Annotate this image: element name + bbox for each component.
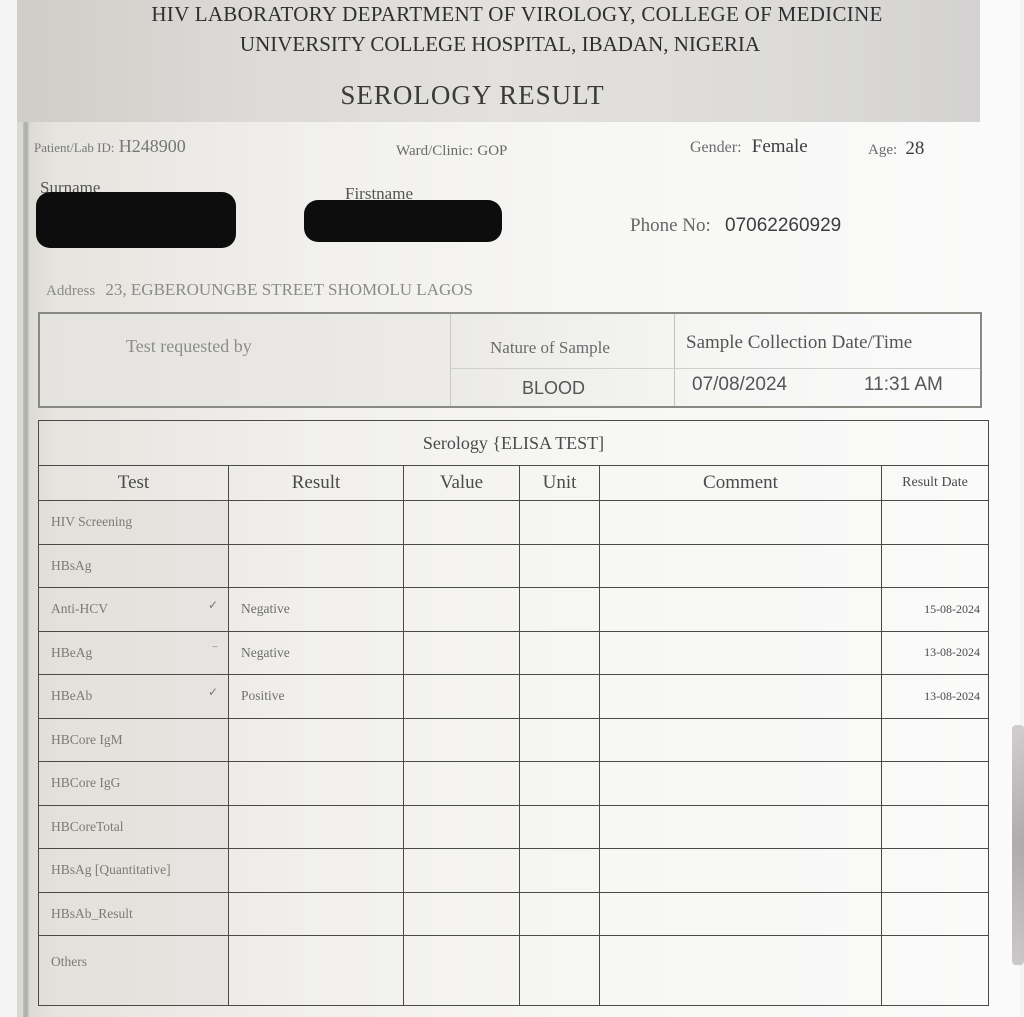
table-header-row: TestResultValueUnitCommentResult Date xyxy=(39,466,989,501)
cell-result: Positive xyxy=(229,675,404,719)
collection-datetime-label: Sample Collection Date/Time xyxy=(686,332,912,354)
test-text: HBeAb xyxy=(51,688,92,703)
check-mark-icon: ⁻ xyxy=(212,642,218,657)
cell-value xyxy=(404,936,520,1006)
cell-result xyxy=(229,892,404,936)
collection-date-value: 07/08/2024 xyxy=(692,374,787,396)
table-row: HBsAg xyxy=(39,544,989,588)
gender-label: Gender: xyxy=(690,139,742,156)
serology-results-table: Serology {ELISA TEST] TestResultValueUni… xyxy=(38,420,989,1006)
table-row: Others xyxy=(39,936,989,1006)
cell-unit xyxy=(520,544,600,588)
cell-unit xyxy=(520,762,600,806)
cell-result xyxy=(229,849,404,893)
test-text: HBsAg [Quantitative] xyxy=(51,862,171,877)
cell-unit xyxy=(520,631,600,675)
lab-id-field: Patient/Lab ID: H248900 xyxy=(34,136,186,157)
result-text: Negative xyxy=(241,601,290,616)
cell-result xyxy=(229,718,404,762)
redacted-firstname xyxy=(304,200,502,242)
sample-divider xyxy=(674,314,675,406)
cell-test: HBsAg xyxy=(39,544,229,588)
page-title: SEROLOGY RESULT xyxy=(0,80,945,111)
cell-result: Negative xyxy=(229,631,404,675)
cell-unit xyxy=(520,718,600,762)
hospital-heading: UNIVERSITY COLLEGE HOSPITAL, IBADAN, NIG… xyxy=(0,32,1000,57)
cell-unit xyxy=(520,501,600,545)
result-date-text: 13-08-2024 xyxy=(924,689,980,703)
cell-result xyxy=(229,544,404,588)
check-mark-icon: ✓ xyxy=(208,685,218,700)
ward-label: Ward/Clinic: xyxy=(396,143,473,159)
table-row: HBeAb✓Positive13-08-2024 xyxy=(39,675,989,719)
cell-value xyxy=(404,892,520,936)
result-text: Negative xyxy=(241,645,290,660)
cell-unit xyxy=(520,675,600,719)
table-row: HBCore IgM xyxy=(39,718,989,762)
cell-value xyxy=(404,805,520,849)
cell-comment xyxy=(600,762,882,806)
collection-time-value: 11:31 AM xyxy=(864,374,943,396)
cell-result-date xyxy=(882,762,989,806)
cell-unit xyxy=(520,892,600,936)
column-header-result-date: Result Date xyxy=(882,466,989,501)
sample-divider xyxy=(450,314,451,406)
gender-value: Female xyxy=(752,136,808,157)
table-row: HBsAb_Result xyxy=(39,892,989,936)
test-text: HBCoreTotal xyxy=(51,819,124,834)
cell-comment xyxy=(600,849,882,893)
test-text: HBsAb_Result xyxy=(51,906,133,921)
test-text: Others xyxy=(51,954,228,970)
result-date-text: 13-08-2024 xyxy=(924,645,980,659)
test-text: HBeAg xyxy=(51,645,92,660)
redacted-surname xyxy=(36,192,236,248)
cell-test: HBsAg [Quantitative] xyxy=(39,849,229,893)
cell-value xyxy=(404,849,520,893)
lab-id-value: H248900 xyxy=(119,136,186,156)
cell-test: HBCoreTotal xyxy=(39,805,229,849)
cell-comment xyxy=(600,588,882,632)
phone-label: Phone No: xyxy=(630,215,711,236)
cell-value xyxy=(404,718,520,762)
cell-unit xyxy=(520,588,600,632)
cell-value xyxy=(404,501,520,545)
phone-field: Phone No: 07062260929 xyxy=(630,215,841,237)
result-date-text: 15-08-2024 xyxy=(924,602,980,616)
cell-result-date xyxy=(882,718,989,762)
column-header-value: Value xyxy=(404,466,520,501)
cell-result-date: 13-08-2024 xyxy=(882,631,989,675)
address-value: 23, EGBEROUNGBE STREET SHOMOLU LAGOS xyxy=(105,280,473,299)
cell-result xyxy=(229,501,404,545)
cell-comment xyxy=(600,936,882,1006)
test-requested-by-label: Test requested by xyxy=(126,336,252,357)
cell-test: HBeAb✓ xyxy=(39,675,229,719)
cell-result-date xyxy=(882,805,989,849)
column-header-unit: Unit xyxy=(520,466,600,501)
test-text: Anti-HCV xyxy=(51,601,108,616)
cell-unit xyxy=(520,849,600,893)
cell-value xyxy=(404,544,520,588)
table-row: HBsAg [Quantitative] xyxy=(39,849,989,893)
column-header-result: Result xyxy=(229,466,404,501)
nature-of-sample-value: BLOOD xyxy=(522,378,585,399)
column-header-test: Test xyxy=(39,466,229,501)
age-field: Age: 28 xyxy=(868,138,924,160)
cell-unit xyxy=(520,805,600,849)
age-label: Age: xyxy=(868,142,897,158)
sample-divider xyxy=(450,368,980,369)
test-text: HIV Screening xyxy=(51,514,132,529)
cell-test: HBCore IgG xyxy=(39,762,229,806)
cell-result: Negative xyxy=(229,588,404,632)
cell-test: HIV Screening xyxy=(39,501,229,545)
cell-comment xyxy=(600,544,882,588)
cell-test: Anti-HCV✓ xyxy=(39,588,229,632)
result-text: Positive xyxy=(241,688,285,703)
test-text: HBCore IgG xyxy=(51,775,120,790)
cell-unit xyxy=(520,936,600,1006)
cell-test: HBsAb_Result xyxy=(39,892,229,936)
lab-department-heading: HIV LABORATORY DEPARTMENT OF VIROLOGY, C… xyxy=(0,2,1024,27)
nature-of-sample-label: Nature of Sample xyxy=(490,338,610,358)
age-value: 28 xyxy=(905,138,924,159)
cell-comment xyxy=(600,631,882,675)
cell-value xyxy=(404,588,520,632)
table-row: Anti-HCV✓Negative15-08-2024 xyxy=(39,588,989,632)
cell-comment xyxy=(600,805,882,849)
sample-info-box: Test requested by Nature of Sample Sampl… xyxy=(38,312,982,408)
test-text: HBsAg xyxy=(51,558,92,573)
cell-result-date xyxy=(882,892,989,936)
cell-result-date xyxy=(882,849,989,893)
cell-result xyxy=(229,762,404,806)
lab-id-label: Patient/Lab ID: xyxy=(34,140,115,155)
cell-test: HBeAg⁻ xyxy=(39,631,229,675)
table-caption: Serology {ELISA TEST] xyxy=(39,421,989,466)
column-header-comment: Comment xyxy=(600,466,882,501)
cell-result xyxy=(229,805,404,849)
gender-field: Gender: Female xyxy=(690,136,808,158)
address-field: Address 23, EGBEROUNGBE STREET SHOMOLU L… xyxy=(46,280,473,300)
cell-comment xyxy=(600,675,882,719)
address-label: Address xyxy=(46,283,95,299)
cell-comment xyxy=(600,718,882,762)
cell-result-date: 15-08-2024 xyxy=(882,588,989,632)
page-edge-shadow xyxy=(1012,725,1024,965)
cell-value xyxy=(404,762,520,806)
table-row: HIV Screening xyxy=(39,501,989,545)
cell-value xyxy=(404,675,520,719)
cell-value xyxy=(404,631,520,675)
phone-value: 07062260929 xyxy=(725,215,841,236)
cell-result-date xyxy=(882,501,989,545)
cell-comment xyxy=(600,892,882,936)
test-text: HBCore IgM xyxy=(51,732,123,747)
check-mark-icon: ✓ xyxy=(208,598,218,613)
cell-result-date xyxy=(882,936,989,1006)
ward-field: Ward/Clinic: GOP xyxy=(396,140,507,160)
table-row: HBeAg⁻Negative13-08-2024 xyxy=(39,631,989,675)
table-row: HBCore IgG xyxy=(39,762,989,806)
ward-value: GOP xyxy=(477,143,507,159)
cell-result xyxy=(229,936,404,1006)
cell-result-date xyxy=(882,544,989,588)
cell-test: HBCore IgM xyxy=(39,718,229,762)
cell-comment xyxy=(600,501,882,545)
cell-result-date: 13-08-2024 xyxy=(882,675,989,719)
cell-test: Others xyxy=(39,936,229,1006)
table-row: HBCoreTotal xyxy=(39,805,989,849)
